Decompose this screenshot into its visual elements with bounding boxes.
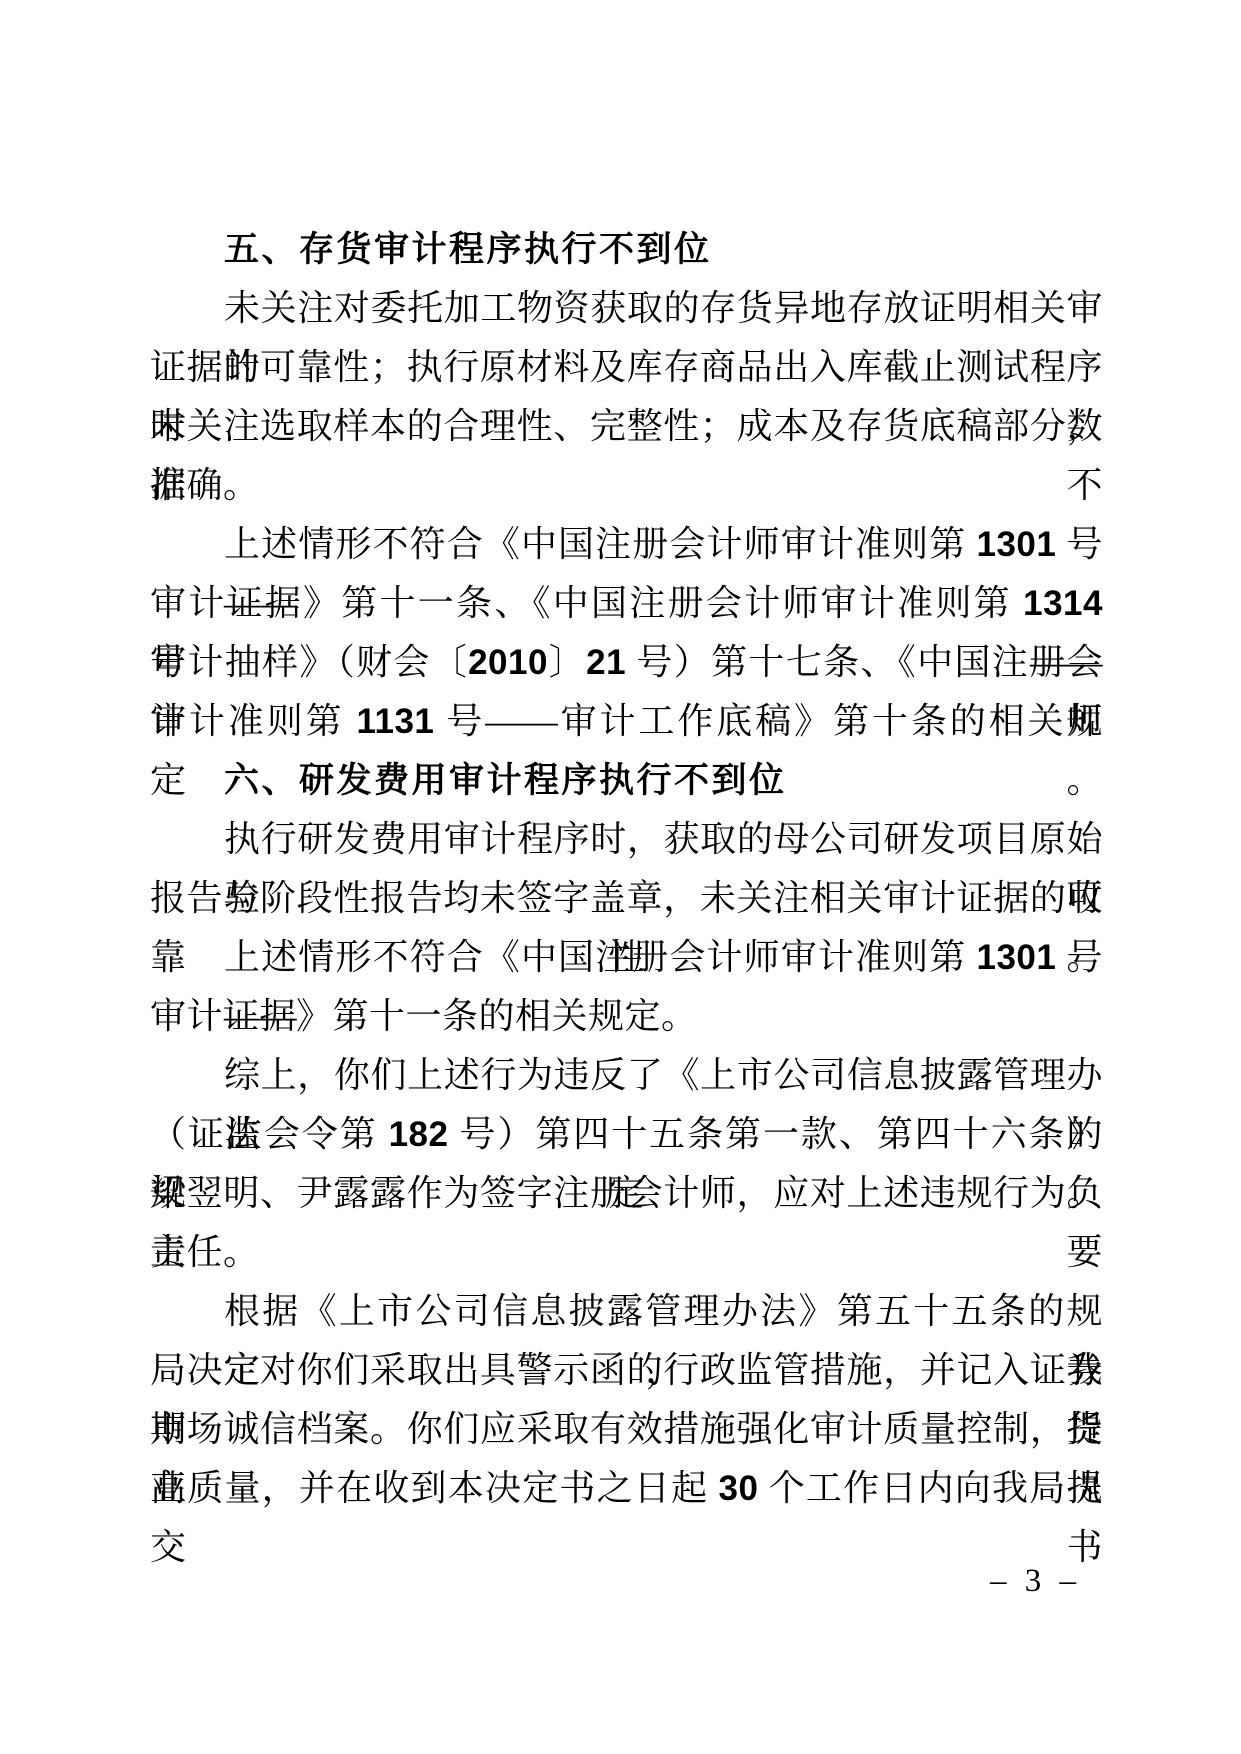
number-text: 1131 [356,702,434,741]
number-text: 1301 [976,525,1056,564]
page-number: – 3 – [990,1563,1081,1600]
body-line: 审计证据》第十一条、《中国注册会计师审计准则第 1314 号—— [150,574,1103,633]
number-text: 1314 [1023,584,1103,623]
number-text: 21 [586,643,626,682]
number-text: 2010 [468,643,548,682]
number-text: 182 [389,1115,449,1154]
document-body: 五、存货审计程序执行不到位 未关注对委托加工物资获取的存货异地存放证明相关审计 … [150,220,1103,1518]
section-heading-inventory-audit: 五、存货审计程序执行不到位 [150,220,1103,279]
body-line: 执行研发费用审计程序时，获取的母公司研发项目原始验收 [150,810,1103,869]
body-line: 上述情形不符合《中国注册会计师审计准则第 1301 号—— [150,928,1103,987]
body-line: 综上，你们上述行为违反了《上市公司信息披露管理办法》 [150,1046,1103,1105]
document-page: 五、存货审计程序执行不到位 未关注对委托加工物资获取的存货异地存放证明相关审计 … [0,0,1241,1754]
body-line: 审计证据》第十一条的相关规定。 [150,987,1103,1046]
body-line: 业质量，并在收到本决定书之日起 30 个工作日内向我局提交书 [150,1459,1103,1518]
body-line: 审计抽样》（财会〔2010〕21 号）第十七条、《中国注册会计师 [150,633,1103,692]
body-line: 未关注对委托加工物资获取的存货异地存放证明相关审计 [150,279,1103,338]
number-text: 1301 [976,938,1056,977]
body-line: 审计准则第 1131 号——审计工作底稿》第十条的相关规定。 [150,692,1103,751]
number-text: 30 [719,1469,759,1508]
body-line: 未关注选取样本的合理性、完整性；成本及存货底稿部分数据不 [150,397,1103,456]
body-line: 局决定对你们采取出具警示函的行政监管措施，并记入证券期货 [150,1341,1103,1400]
body-line: 根据《上市公司信息披露管理办法》第五十五条的规定，我 [150,1282,1103,1341]
body-line: 梁翌明、尹露露作为签字注册会计师，应对上述违规行为负主要 [150,1164,1103,1223]
body-line: 市场诚信档案。你们应采取有效措施强化审计质量控制，提高执 [150,1400,1103,1459]
body-line: （证监会令第 182 号）第四十五条第一款、第四十六条的规定。 [150,1105,1103,1164]
body-line: 报告与阶段性报告均未签字盖章，未关注相关审计证据的可靠性。 [150,869,1103,928]
body-line: 证据的可靠性；执行原材料及库存商品出入库截止测试程序时， [150,338,1103,397]
body-line: 上述情形不符合《中国注册会计师审计准则第 1301 号—— [150,515,1103,574]
